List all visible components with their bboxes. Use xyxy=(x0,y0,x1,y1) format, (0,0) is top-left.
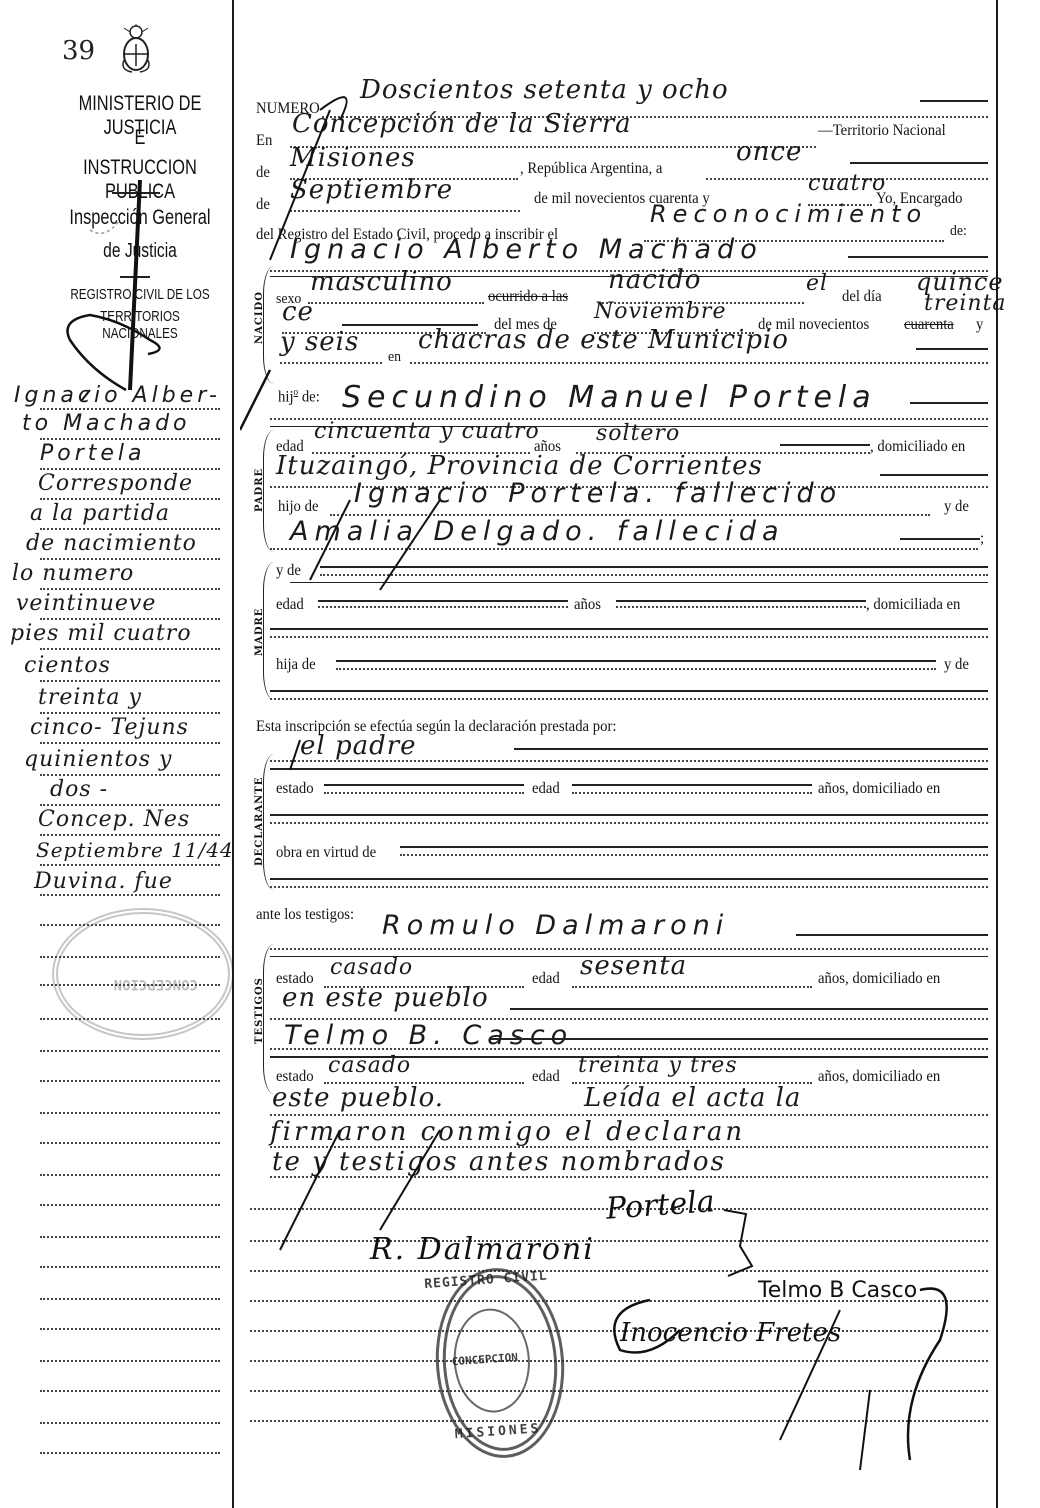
margin-dotted-line xyxy=(40,1328,220,1330)
header-signature-scribble xyxy=(30,140,230,400)
margin-dotted-line xyxy=(40,956,220,958)
margin-dotted-line xyxy=(40,1422,220,1424)
margin-dotted-line xyxy=(40,924,220,926)
margin-note-line: pies mil cuatro xyxy=(10,620,192,648)
margin-note-line: lo numero xyxy=(12,560,134,588)
margin-dotted-line xyxy=(40,1112,220,1114)
margin-dotted-line xyxy=(40,648,220,650)
margin-note-line: veintinueve xyxy=(16,590,156,618)
margin-dotted-line xyxy=(40,1360,220,1362)
margin-note-line: Septiembre 11/44 xyxy=(36,836,234,864)
pen-strokes xyxy=(240,0,1000,1508)
margin-dotted-line xyxy=(40,1266,220,1268)
margin-note-line: Concep. Nes xyxy=(38,806,190,834)
argentine-coat-of-arms-icon xyxy=(118,24,154,76)
margin-dotted-line xyxy=(40,864,220,866)
margin-note-line: Portela xyxy=(40,440,146,468)
margin-note-line: cinco- Tejuns xyxy=(30,714,189,742)
left-margin-rule xyxy=(232,0,234,1508)
margin-dotted-line xyxy=(40,1080,220,1082)
margin-note-line: to Machado xyxy=(22,410,191,438)
margin-note-line: dos - xyxy=(50,776,108,804)
margin-dotted-line xyxy=(40,1174,220,1176)
margin-dotted-line xyxy=(40,680,220,682)
margin-dotted-line xyxy=(40,1018,220,1020)
margin-note-line: cientos xyxy=(24,652,111,680)
margin-note-line: a la partida xyxy=(30,500,170,528)
margin-dotted-line xyxy=(40,1142,220,1144)
margin-dotted-line xyxy=(40,1050,220,1052)
margin-dotted-line xyxy=(40,1452,220,1454)
margin-dotted-line xyxy=(40,1236,220,1238)
margin-stamp: CONCEPCION xyxy=(52,908,234,1040)
margin-note-line: de nacimiento xyxy=(26,530,197,558)
margin-dotted-line xyxy=(40,1390,220,1392)
margin-dotted-line xyxy=(40,1298,220,1300)
margin-dotted-line xyxy=(40,984,220,986)
margin-note-line: Ignacio Alber- xyxy=(14,382,221,410)
folio-number: 39 xyxy=(62,36,95,66)
margin-note-line: treinta y xyxy=(38,684,142,712)
margin-note-line: Duvina. fue xyxy=(34,868,173,896)
margin-dotted-line xyxy=(40,1204,220,1206)
margin-dotted-line xyxy=(40,894,220,896)
margin-dotted-line xyxy=(40,742,220,744)
margin-note-line: quinientos y xyxy=(24,746,172,774)
margin-note-line: Corresponde xyxy=(38,470,193,498)
